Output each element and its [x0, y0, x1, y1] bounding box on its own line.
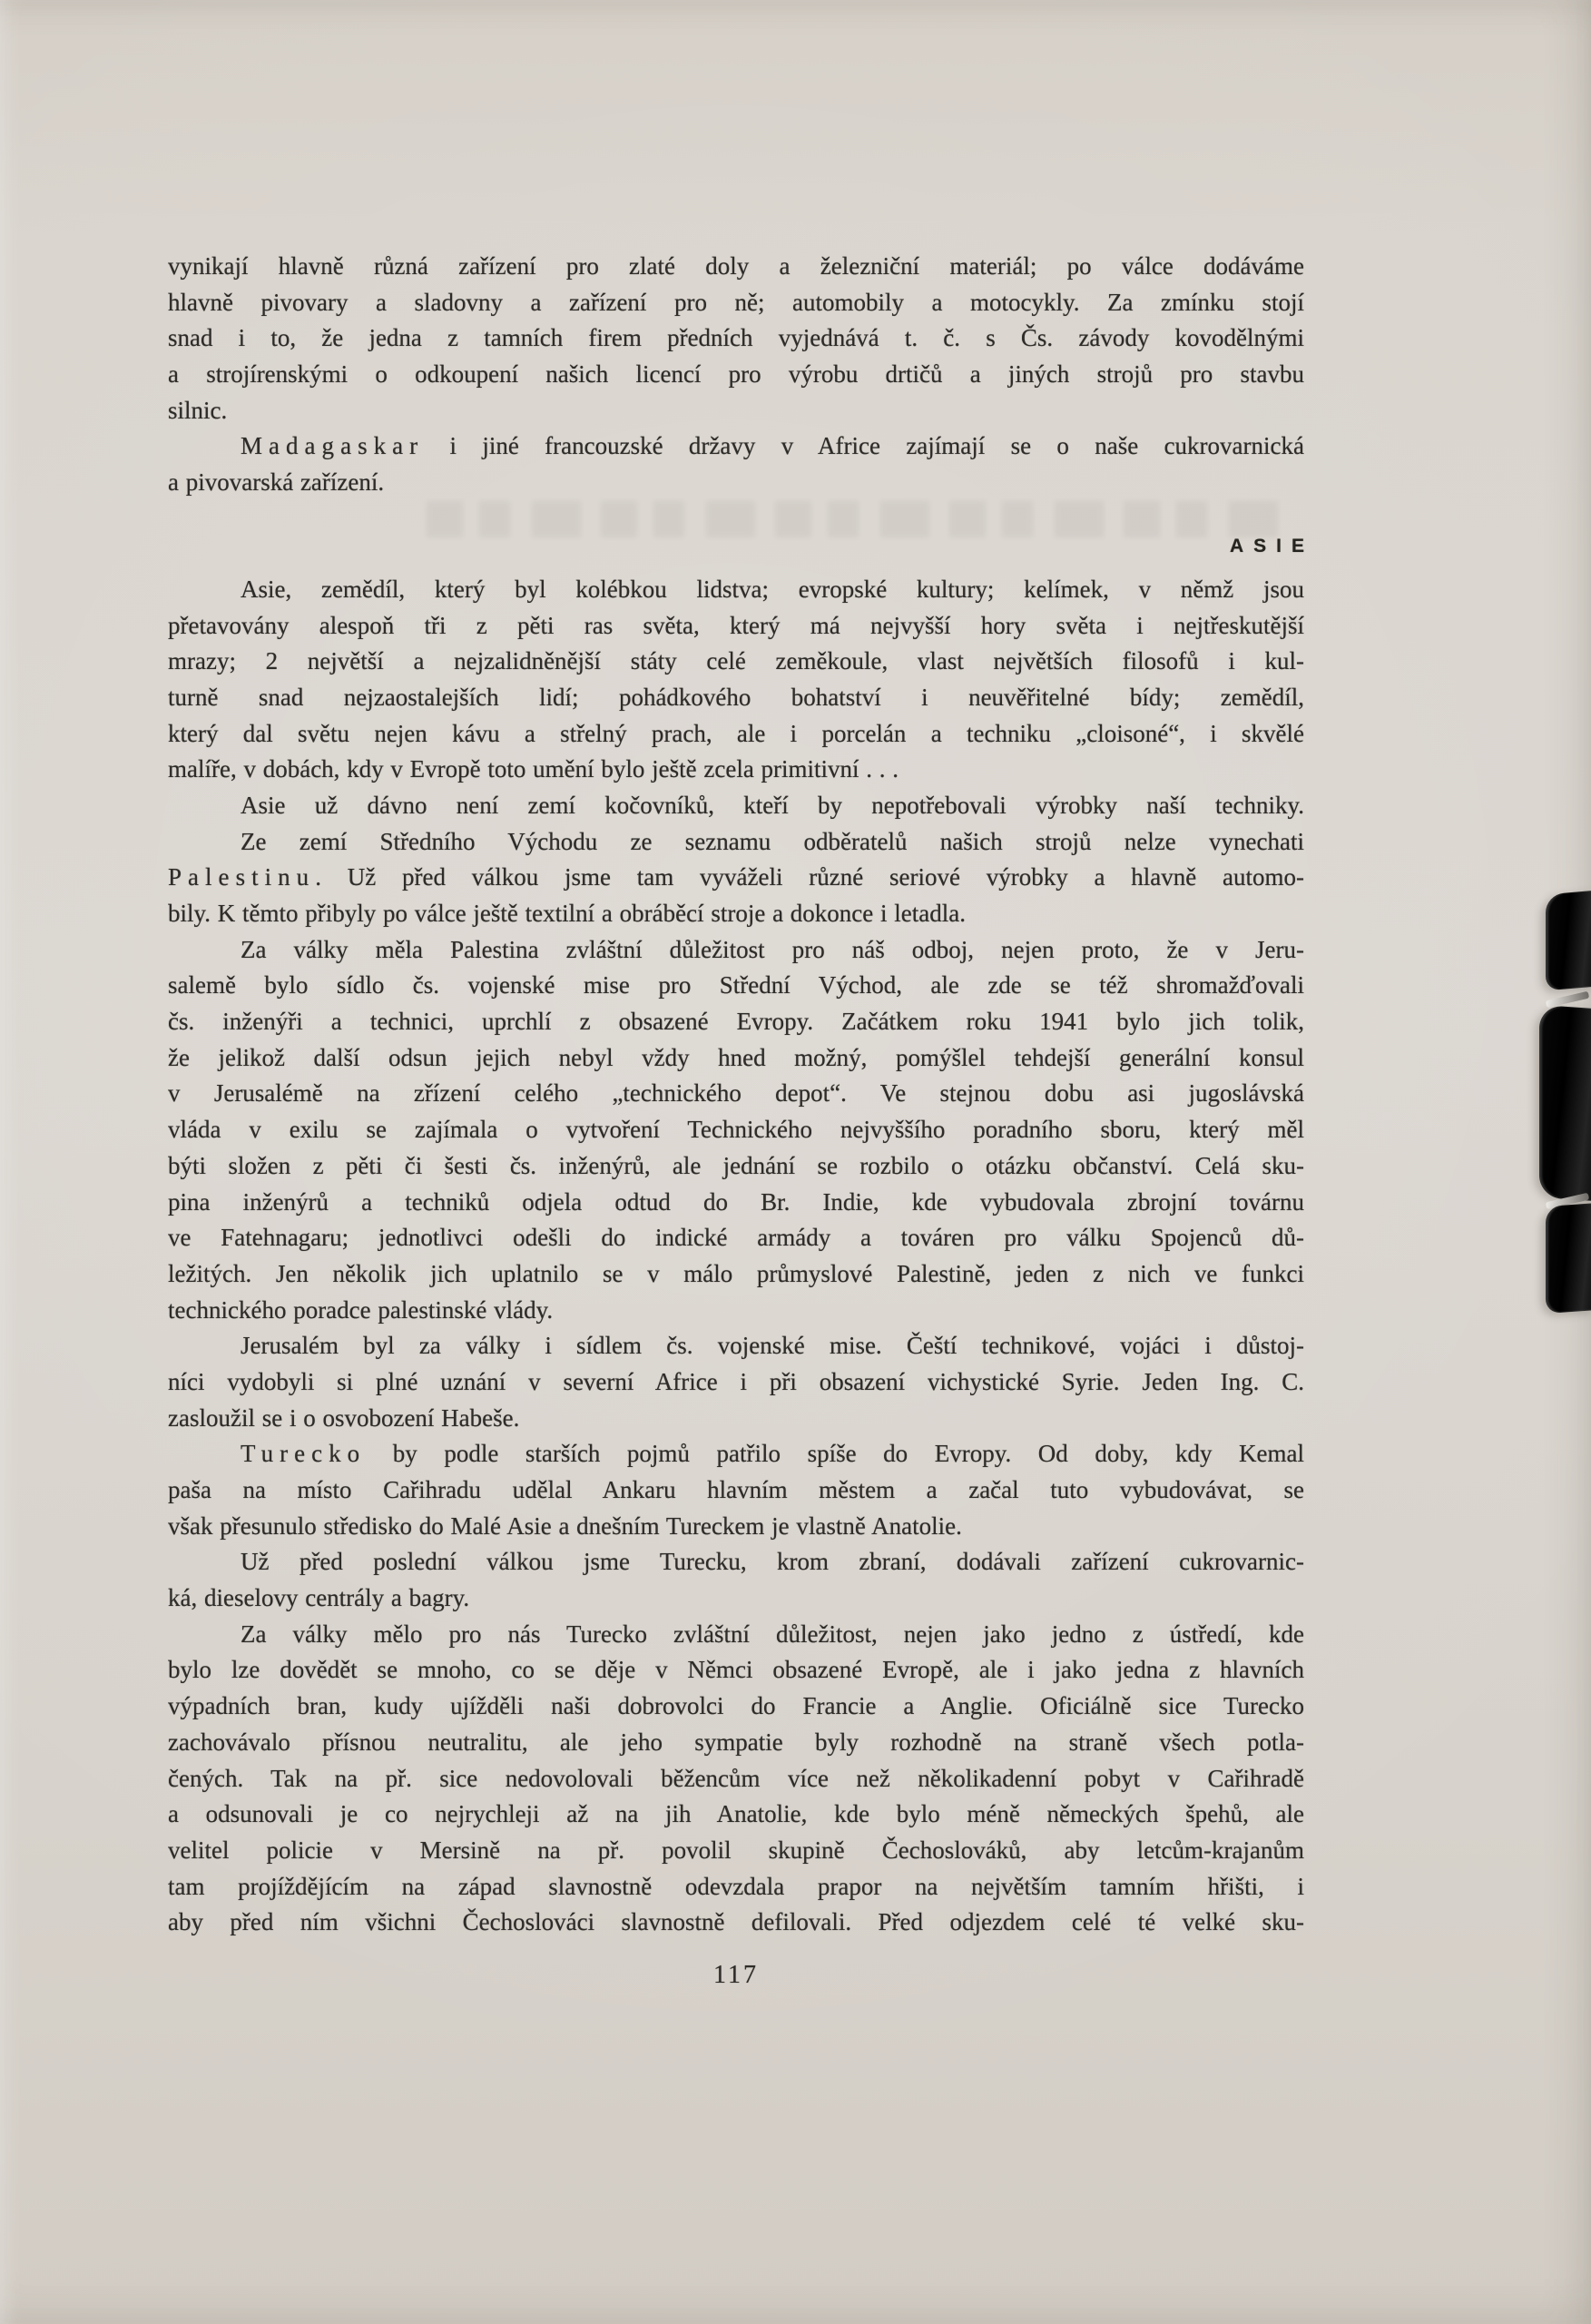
text-line: přetavovány alespoň tři z pěti ras světa…	[168, 608, 1304, 645]
text-line: však přesunulo středisko do Malé Asie a …	[168, 1509, 1304, 1545]
text-line: v Jerusalémě na zřízení celého „technick…	[168, 1076, 1304, 1112]
paragraph: vynikají hlavně různá zařízení pro zlaté…	[168, 249, 1304, 428]
text-line: Ze zemí Středního Východu ze seznamu odb…	[168, 824, 1304, 861]
binder-clip-middle	[1539, 1005, 1591, 1201]
letterspaced-word: Palestinu	[168, 863, 315, 891]
text-line: zachovávalo přísnou neutralitu, ale jeho…	[168, 1725, 1304, 1761]
text-line: Asie už dávno není zemí kočovníků, kteří…	[168, 788, 1304, 824]
text-line: Už před poslední válkou jsme Turecku, kr…	[168, 1544, 1304, 1581]
book-page-photo: vynikají hlavně různá zařízení pro zlaté…	[0, 0, 1591, 2324]
text-line: mrazy; 2 největší a nejzalidněnější stát…	[168, 644, 1304, 680]
text-line: čených. Tak na př. sice nedovolovali běž…	[168, 1761, 1304, 1797]
clip-highlight-streak	[1546, 991, 1590, 1009]
text-line: níci vydobyli si plné uznání v severní A…	[168, 1364, 1304, 1401]
text-line: zasloužil se i o osvobození Habeše.	[168, 1401, 1304, 1437]
text-line: býti složen z pěti či šesti čs. inženýrů…	[168, 1148, 1304, 1185]
text-line: a pivovarská zařízení.	[168, 465, 1304, 501]
text-line: Madagaskar i jiné francouzské državy v A…	[168, 428, 1304, 465]
letterspaced-word: Madagaskar	[241, 432, 424, 459]
text-line: hlavně pivovary a sladovny a zařízení pr…	[168, 285, 1304, 321]
text-line: ležitých. Jen několik jich uplatnilo se …	[168, 1256, 1304, 1293]
binder-clips	[1535, 885, 1591, 1330]
section-heading: ASIE	[168, 536, 1314, 557]
text-line: malíře, v dobách, kdy v Evropě toto uměn…	[168, 752, 1304, 788]
text-line: aby před ním všichni Čechoslováci slavno…	[168, 1905, 1304, 1941]
text-line: vynikají hlavně různá zařízení pro zlaté…	[168, 249, 1304, 285]
text-line: bylo lze dovědět se mnoho, co se děje v …	[168, 1652, 1304, 1689]
text-line: Jerusalém byl za války i sídlem čs. voje…	[168, 1328, 1304, 1364]
text-line: že jelikož další odsun jejich nebyl vždy…	[168, 1040, 1304, 1077]
text-line: technického poradce palestinské vlády.	[168, 1293, 1304, 1329]
text-line: Palestinu. Už před válkou jsme tam vyváž…	[168, 860, 1304, 896]
text-line: paša na místo Cařihradu udělal Ankaru hl…	[168, 1472, 1304, 1509]
text-line: a strojírenskými o odkoupení našich lice…	[168, 357, 1304, 393]
text-line: tam projíždějícím na západ slavnostně od…	[168, 1869, 1304, 1905]
paragraph: Jerusalém byl za války i sídlem čs. voje…	[168, 1328, 1304, 1436]
text-line: který dal světu nejen kávu a střelný pra…	[168, 716, 1304, 753]
paragraph: Ze zemí Středního Východu ze seznamu odb…	[168, 824, 1304, 932]
text-line: Asie, zemědíl, který byl kolébkou lidstv…	[168, 572, 1304, 608]
paragraph: Turecko by podle starších pojmů patřilo …	[168, 1436, 1304, 1544]
text-line: ká, dieselovy centrály a bagry.	[168, 1581, 1304, 1617]
paragraph: Asie, zemědíl, který byl kolébkou lidstv…	[168, 572, 1304, 788]
letterspaced-word: Turecko	[241, 1440, 366, 1467]
text-line: čs. inženýři a technici, uprchlí z obsaz…	[168, 1004, 1304, 1040]
binder-clip-top	[1546, 891, 1591, 991]
text-line: Za války měla Palestina zvláštní důležit…	[168, 932, 1304, 969]
text-line: salemě bylo sídlo čs. vojenské mise pro …	[168, 968, 1304, 1004]
text-line: velitel policie v Mersině na př. povolil…	[168, 1833, 1304, 1869]
paragraph: Za války mělo pro nás Turecko zvláštní d…	[168, 1617, 1304, 1941]
text-line: Turecko by podle starších pojmů patřilo …	[168, 1436, 1304, 1472]
text-line: ve Fatehnagaru; jednotlivci odešli do in…	[168, 1220, 1304, 1256]
text-line: výpadních bran, kudy ujížděli naši dobro…	[168, 1689, 1304, 1725]
text-line: turně snad nejzaostalejších lidí; pohádk…	[168, 680, 1304, 716]
paragraph: Asie už dávno není zemí kočovníků, kteří…	[168, 788, 1304, 824]
text-line: pina inženýrů a techniků odjela odtud do…	[168, 1185, 1304, 1221]
text-line: snad i to, že jedna z tamních firem před…	[168, 320, 1304, 357]
page-number: 117	[168, 1961, 1304, 1990]
text-line: Za války mělo pro nás Turecko zvláštní d…	[168, 1617, 1304, 1653]
text-line: a odsunovali je co nejrychleji až na jih…	[168, 1797, 1304, 1833]
text-flow: vynikají hlavně různá zařízení pro zlaté…	[168, 249, 1304, 1941]
text-line: silnic.	[168, 393, 1304, 429]
binder-clip-bottom	[1546, 1203, 1591, 1314]
text-line: bily. K těmto přibyly po válce ještě tex…	[168, 896, 1304, 932]
paragraph: Už před poslední válkou jsme Turecku, kr…	[168, 1544, 1304, 1616]
paragraph: Madagaskar i jiné francouzské državy v A…	[168, 428, 1304, 500]
text-line: vláda v exilu se zajímala o vytvoření Te…	[168, 1112, 1304, 1148]
paragraph: Za války měla Palestina zvláštní důležit…	[168, 932, 1304, 1329]
